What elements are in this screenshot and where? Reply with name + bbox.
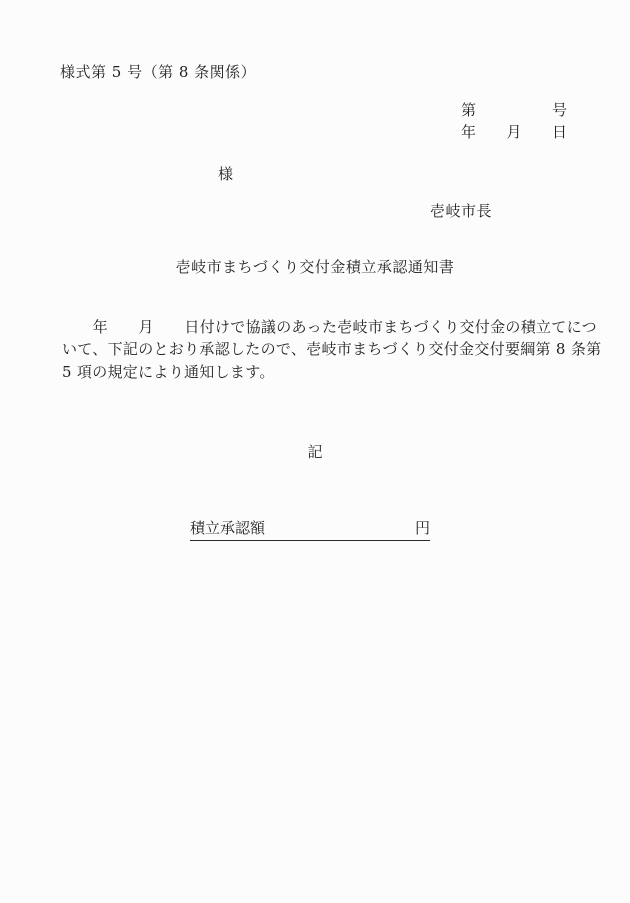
sender-title: 壱岐市長 [430, 200, 492, 221]
date-day-label: 日 [552, 121, 567, 143]
doc-number-prefix: 第 [461, 99, 476, 121]
record-marker: 記 [0, 441, 630, 462]
doc-number-date-block: 第 号 年 月 日 [461, 99, 567, 143]
date-year-label: 年 [461, 121, 476, 143]
doc-number-suffix: 号 [552, 99, 567, 121]
document-page: 様式第 5 号（第 8 条関係） 第 号 年 月 日 様 壱岐市長 壱岐市まちづ… [0, 0, 630, 903]
body-paragraph: 年 月 日付けで協議のあった壱岐市まちづくり交付金の積立てにつ いて、下記のとお… [62, 316, 582, 383]
document-title: 壱岐市まちづくり交付金積立承認通知書 [0, 256, 630, 277]
body-line-2: いて、下記のとおり承認したので、壱岐市まちづくり交付金交付要綱第 8 条第 [62, 338, 582, 360]
approved-amount-line: 積立承認額 円 [190, 519, 430, 541]
approved-amount-blank-field [265, 532, 415, 533]
doc-number-row: 第 号 [461, 99, 567, 121]
body-line-1: 年 月 日付けで協議のあった壱岐市まちづくり交付金の積立てにつ [62, 316, 582, 338]
date-row: 年 月 日 [461, 121, 567, 143]
body-line-3: 5 項の規定により通知します。 [62, 361, 582, 383]
date-month-label: 月 [506, 121, 521, 143]
approved-amount-label: 積立承認額 [190, 519, 265, 537]
addressee-honorific: 様 [218, 163, 233, 184]
form-number: 様式第 5 号（第 8 条関係） [60, 61, 256, 82]
amount-unit-label: 円 [415, 519, 430, 537]
